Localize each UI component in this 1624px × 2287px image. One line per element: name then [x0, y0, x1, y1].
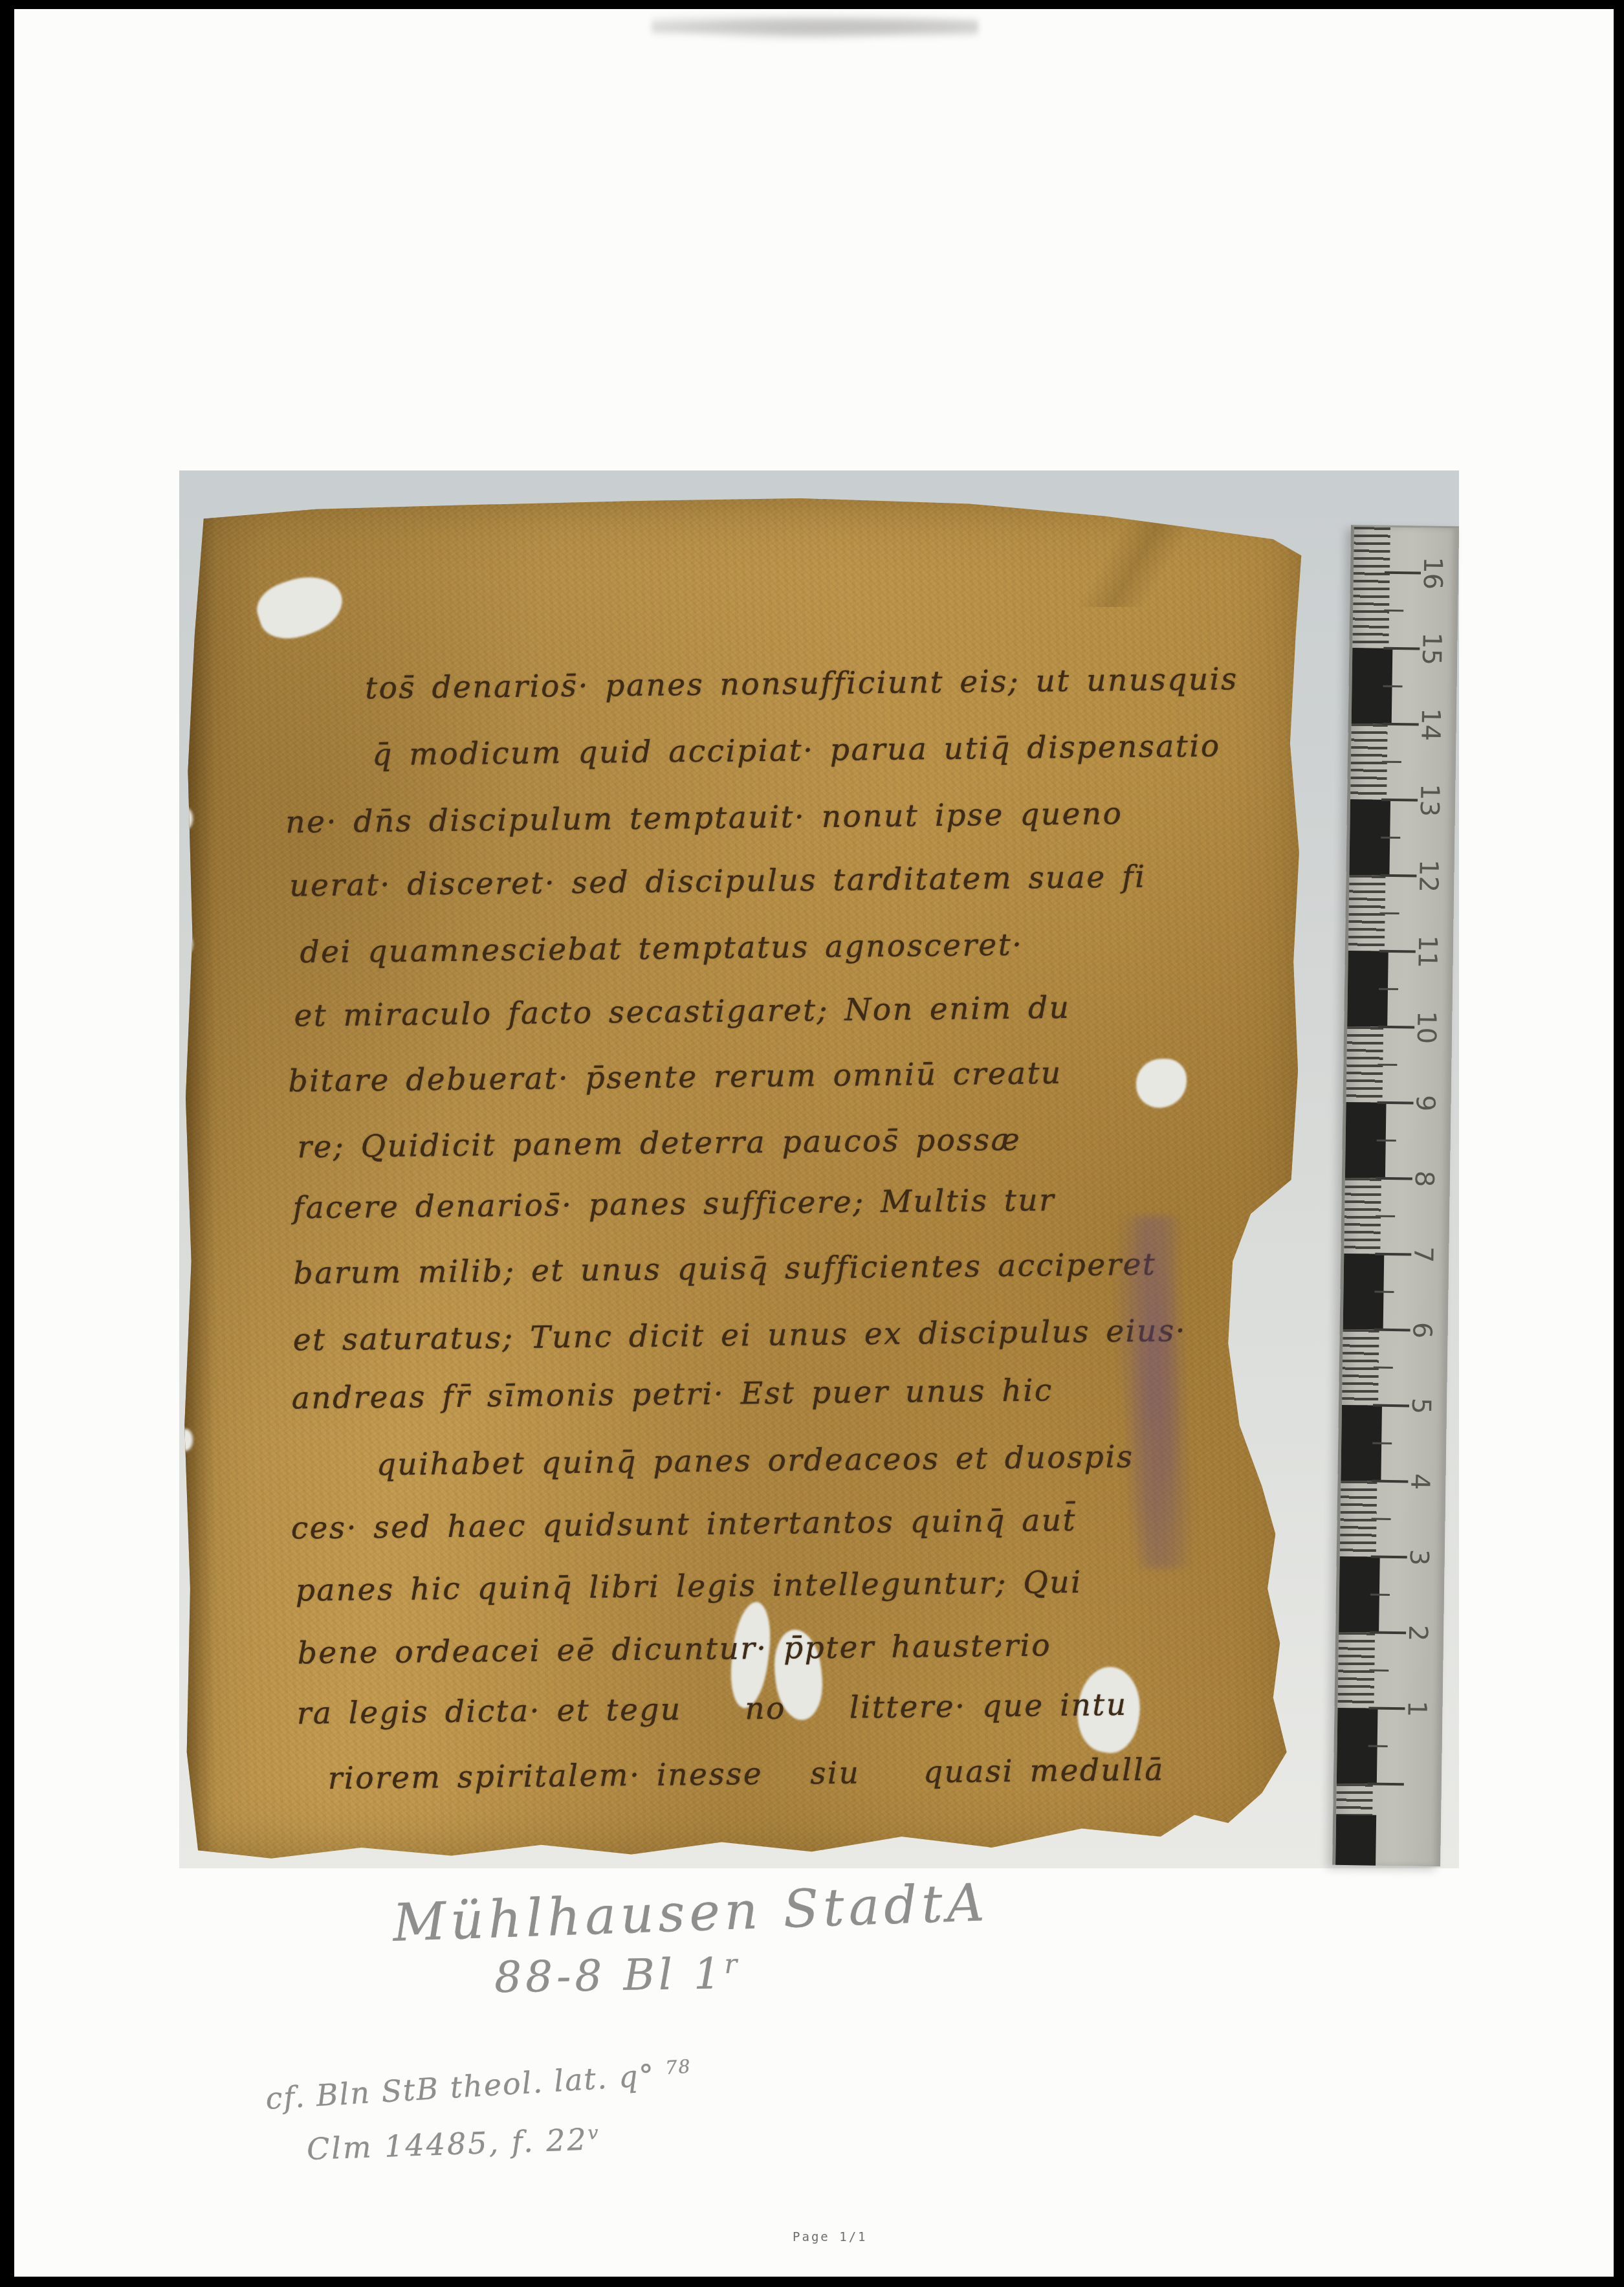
ruler-cm-label: 2 [1401, 1616, 1435, 1650]
manuscript-line: ces· sed haec quidsunt intertantos quinq… [291, 1503, 1077, 1547]
ruler-cm-label: 3 [1401, 1540, 1436, 1574]
ruler-half-tick [1372, 1442, 1392, 1444]
ruler-cm-label: 8 [1407, 1162, 1442, 1196]
ruler-cm-label: 14 [1413, 707, 1447, 742]
folio-recto-superscript: r [724, 1949, 741, 1980]
ruler-cm-label-text: 11 [1412, 935, 1442, 969]
ruler-cm-label-text: 12 [1413, 859, 1443, 893]
ruler: 16 15 14 13 12 11 10 9 8 7 6 5 4 3 2 1 [1332, 525, 1459, 1866]
ruler-half-tick [1374, 1367, 1393, 1369]
ruler-half-tick [1369, 1670, 1388, 1672]
faint-top-inscription-smudge [652, 12, 978, 41]
ruler-cm-label-text: 5 [1406, 1398, 1436, 1415]
manuscript-line: andreas fr̄ sīmonis petri· Est puer unus… [291, 1373, 1053, 1416]
ruler-half-tick [1376, 1215, 1395, 1217]
ruler-cm-label: 11 [1410, 934, 1444, 969]
reference-annotation-line2: Clm 14485, f. 22v [306, 2121, 601, 2167]
ruler-half-tick [1382, 761, 1401, 763]
reference-annotation-line1: cf. Bln StB theol. lat. q° 78 [265, 2055, 693, 2116]
manuscript-line: bene ordeacei eē dicuntur· p̄pter hauste… [298, 1628, 1052, 1671]
manuscript-line: riorem spiritalem· inesse siu quasi medu… [328, 1752, 1165, 1796]
reference-number-superscript: 78 [664, 2056, 692, 2079]
ruler-half-tick [1380, 912, 1399, 914]
manuscript-line: q̄ modicum quid accipiat· parua utiq̄ di… [372, 728, 1221, 773]
ruler-half-tick [1370, 1594, 1390, 1596]
ruler-cm-label: 6 [1405, 1313, 1439, 1347]
faded-violet-marginalia [1114, 1216, 1198, 1569]
ruler-half-tick [1374, 1291, 1394, 1293]
scan-page-background: tos̄ denarios̄· panes nonsufficiunt eis;… [14, 9, 1614, 2277]
manuscript-line: dei quamnesciebat temptatus agnosceret· [300, 927, 1024, 971]
ruler-half-tick [1372, 1518, 1391, 1520]
ruler-cm-label-text: 3 [1404, 1549, 1434, 1566]
ruler-cm-label: 1 [1399, 1692, 1434, 1726]
manuscript-line: bitare debuerat· p̄sente rerum omniū cre… [288, 1055, 1062, 1099]
scanned-archive-sheet: { "manuscript": { "description": "parchm… [0, 0, 1624, 2287]
ruler-cm-label-text: 16 [1418, 557, 1448, 590]
ruler-half-tick [1384, 610, 1403, 612]
reference-text: cf. Bln StB theol. lat. q° [265, 2057, 667, 2116]
ruler-cm-label-text: 2 [1403, 1625, 1432, 1642]
ruler-cm-label: 7 [1406, 1237, 1440, 1272]
ruler-cm-label: 9 [1408, 1086, 1442, 1120]
ruler-cm-label-text: 9 [1410, 1095, 1440, 1112]
ruler-cm-label-text: 10 [1411, 1011, 1442, 1044]
ruler-cm-label-text: 1 [1401, 1701, 1431, 1718]
ruler-cm-label: 15 [1414, 632, 1449, 666]
ruler-cm-label: 5 [1404, 1389, 1438, 1423]
manuscript-line: ne· dn̄s discipulum temptauit· nonut ips… [285, 796, 1123, 841]
archive-annotation-line1: Mühlhausen StadtA [392, 1872, 990, 1953]
archive-annotation-line2: 88-8 Bl 1r [494, 1949, 741, 2003]
ruler-cm-label: 4 [1403, 1464, 1437, 1499]
manuscript-line: et saturatus; Tunc dicit ei unus ex disc… [292, 1313, 1187, 1358]
ruler-cm-label-text: 13 [1414, 784, 1445, 817]
manuscript-line: facere denarios̄· panes sufficere; Multi… [292, 1182, 1055, 1226]
ruler-cm-label: 12 [1411, 859, 1445, 893]
manuscript-line: barum milib; et unus quisq̄ sufficientes… [293, 1247, 1156, 1292]
manuscript-line: uerat· disceret· sed discipulus tarditat… [289, 859, 1147, 904]
ruler-half-tick [1377, 1140, 1396, 1142]
manuscript-line: tos̄ denarios̄· panes nonsufficiunt eis;… [365, 661, 1238, 706]
manuscript-line: panes hic quinq̄ libri legis intellegunt… [296, 1565, 1082, 1609]
parchment-leaf: tos̄ denarios̄· panes nonsufficiunt eis;… [181, 498, 1307, 1861]
ruler-cm-label-text: 7 [1408, 1246, 1438, 1263]
manuscript-line: et miraculo facto secastigaret; Non enim… [294, 990, 1070, 1034]
ruler-cm-label: 13 [1412, 783, 1447, 817]
ruler-cm-label-text: 15 [1416, 632, 1447, 666]
page-indicator: Page 1/1 [793, 2230, 868, 2244]
shelfmark-text: 88-8 Bl 1 [494, 1949, 725, 2002]
ruler-cm-label: 16 [1416, 556, 1450, 590]
ruler-half-tick [1381, 837, 1400, 839]
manuscript-text-block: tos̄ denarios̄· panes nonsufficiunt eis;… [175, 491, 1315, 1866]
ruler-cm-label-text: 14 [1415, 708, 1445, 742]
ruler-mm-ticks [1336, 1784, 1373, 1815]
ruler-cm-label: 10 [1409, 1010, 1443, 1044]
ruler-cm-label-text: 4 [1405, 1474, 1434, 1490]
ruler-mm-ticks [1352, 527, 1390, 648]
ruler-cm-label-text: 8 [1409, 1171, 1439, 1188]
ruler-black-band [1335, 1815, 1376, 1866]
ruler-half-tick [1383, 685, 1403, 687]
manuscript-line: ra legis dicta· et tegu no littere· que … [297, 1687, 1128, 1731]
ruler-half-tick [1379, 988, 1398, 990]
manuscript-line: re; Quidicit panem deterra paucos̄ possæ [297, 1122, 1021, 1166]
clm-reference-text: Clm 14485, f. 22 [306, 2122, 589, 2167]
ruler-cm-tick [1368, 1783, 1404, 1786]
ruler-cm-label-text: 6 [1407, 1322, 1436, 1339]
folio-verso-superscript: v [587, 2122, 600, 2144]
manuscript-line: quihabet quinq̄ panes ordeaceos et duosp… [377, 1439, 1134, 1483]
ruler-half-tick [1377, 1064, 1397, 1066]
ruler-half-tick [1368, 1745, 1388, 1747]
